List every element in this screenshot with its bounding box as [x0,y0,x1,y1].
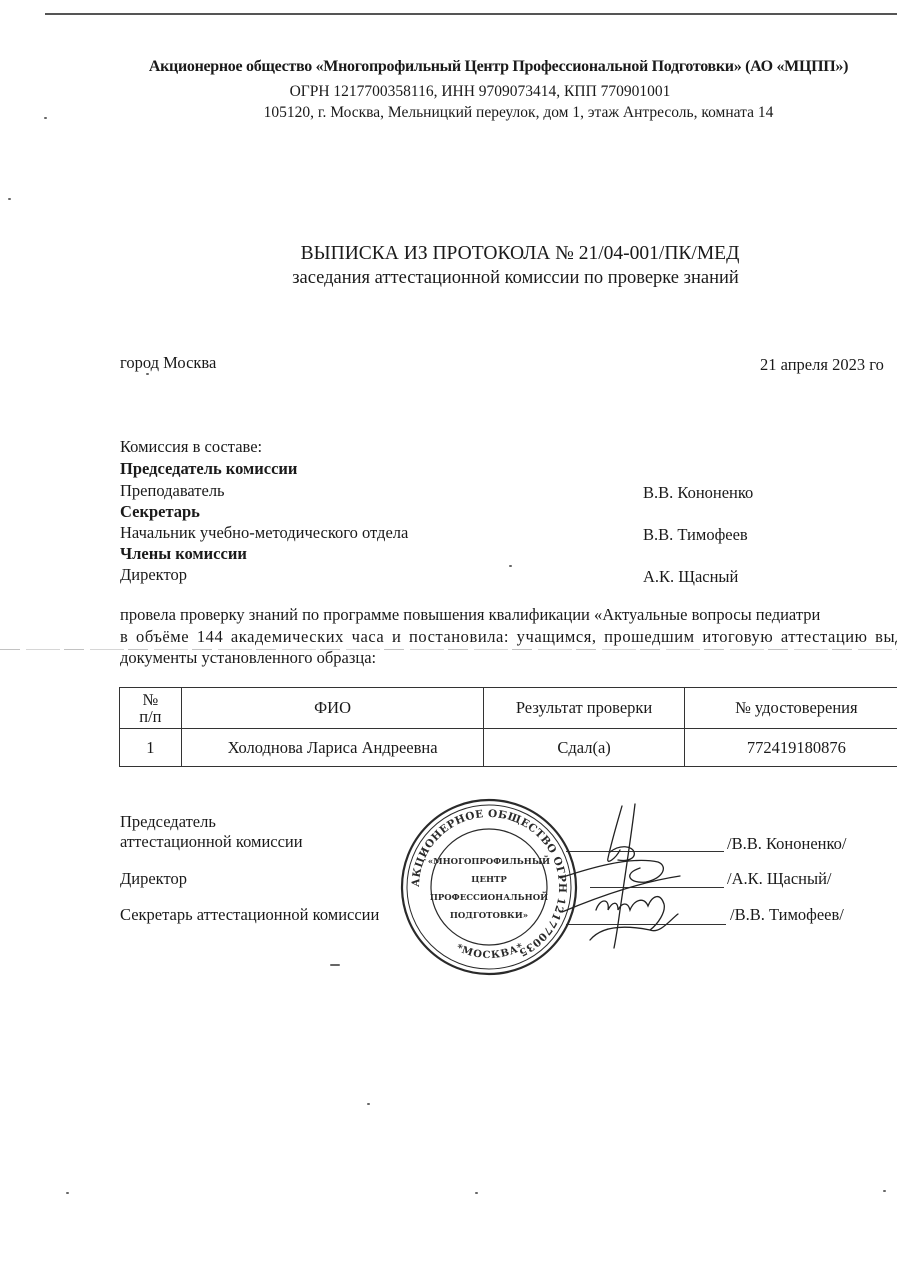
header-num-line2: п/п [120,708,181,725]
scan-speck [66,1192,69,1194]
stamp-center-line2: ЦЕНТР [471,875,507,885]
document-subtitle: заседания аттестационной комиссии по про… [0,268,904,289]
director-label: Директор [120,869,187,889]
director-signature-name: /А.К. Щасный/ [727,869,832,889]
role-heading-members: Члены комиссии [120,544,247,564]
table-row: 1 Холоднова Лариса Андреевна Сдал(а) 772… [120,729,904,767]
secretary-label: Секретарь аттестационной комиссии [120,905,379,925]
position-secretary: Начальник учебно-методического отдела [120,523,408,543]
org-name: Акционерное общество «Многопрофильный Це… [0,58,904,76]
page-right-edge [897,0,904,1280]
role-heading-chairman: Председатель комиссии [120,459,297,479]
date: 21 апреля 2023 го [760,355,884,375]
stamp-center-line4: ПОДГОТОВКИ» [450,911,528,921]
results-table: № п/п ФИО Результат проверки № удостовер… [119,687,904,767]
decision-line-2: в объёме 144 академических часа и постан… [120,627,904,647]
document-title: ВЫПИСКА ИЗ ПРОТОКОЛА № 21/04-001/ПК/МЕД [0,243,904,265]
scan-speck [44,117,47,119]
header-num-line1: № [120,691,181,708]
cell-num: 1 [120,729,182,767]
table-header-row: № п/п ФИО Результат проверки № удостовер… [120,688,904,729]
cell-result: Сдал(а) [484,729,684,767]
scan-speck [330,964,340,966]
stamp-bottom-text: *МОСКВА* [454,941,526,961]
handwritten-signature-icon [560,800,690,950]
header-certificate: № удостоверения [684,688,904,729]
name-secretary: В.В. Тимофеев [643,525,748,545]
header-result: Результат проверки [484,688,684,729]
stamp-center-line3: ПРОФЕССИОНАЛЬНОЙ [430,890,548,903]
decision-line-3: документы установленного образца: [120,648,376,668]
name-director: А.К. Щасный [643,567,738,587]
role-heading-secretary: Секретарь [120,502,200,522]
chairman-label-line1: Председатель [120,812,216,832]
stamp-center-line1: «МНОГОПРОФИЛЬНЫЙ [428,854,550,867]
scan-speck [883,1190,886,1192]
scan-speck [509,565,512,567]
scan-speck [8,198,11,200]
chairman-signature-name: /В.В. Кононенко/ [727,834,846,854]
top-rule [45,13,897,15]
cell-full-name: Холоднова Лариса Андреевна [181,729,484,767]
org-registration: ОГРН 1217700358116, ИНН 9709073414, КПП … [0,83,904,101]
name-chairman: В.В. Кононенко [643,483,753,503]
decision-line-1: провела проверку знаний по программе пов… [120,605,820,625]
city: город Москва [120,353,216,373]
header-num: № п/п [120,688,182,729]
scan-speck [367,1103,370,1105]
round-stamp-icon: АКЦИОНЕРНОЕ ОБЩЕСТВО ОГРН 1217700358116 … [400,798,578,976]
chairman-label-line2: аттестационной комиссии [120,832,303,852]
scan-speck [146,373,149,375]
org-address: 105120, г. Москва, Мельницкий переулок, … [0,104,904,122]
header-full-name: ФИО [181,688,484,729]
commission-intro: Комиссия в составе: [120,437,262,457]
svg-text:*МОСКВА*: *МОСКВА* [454,941,526,961]
position-director: Директор [120,565,187,585]
scan-speck [475,1192,478,1194]
cell-certificate: 772419180876 [684,729,904,767]
position-chairman: Преподаватель [120,481,225,501]
secretary-signature-name: /В.В. Тимофеев/ [730,905,844,925]
